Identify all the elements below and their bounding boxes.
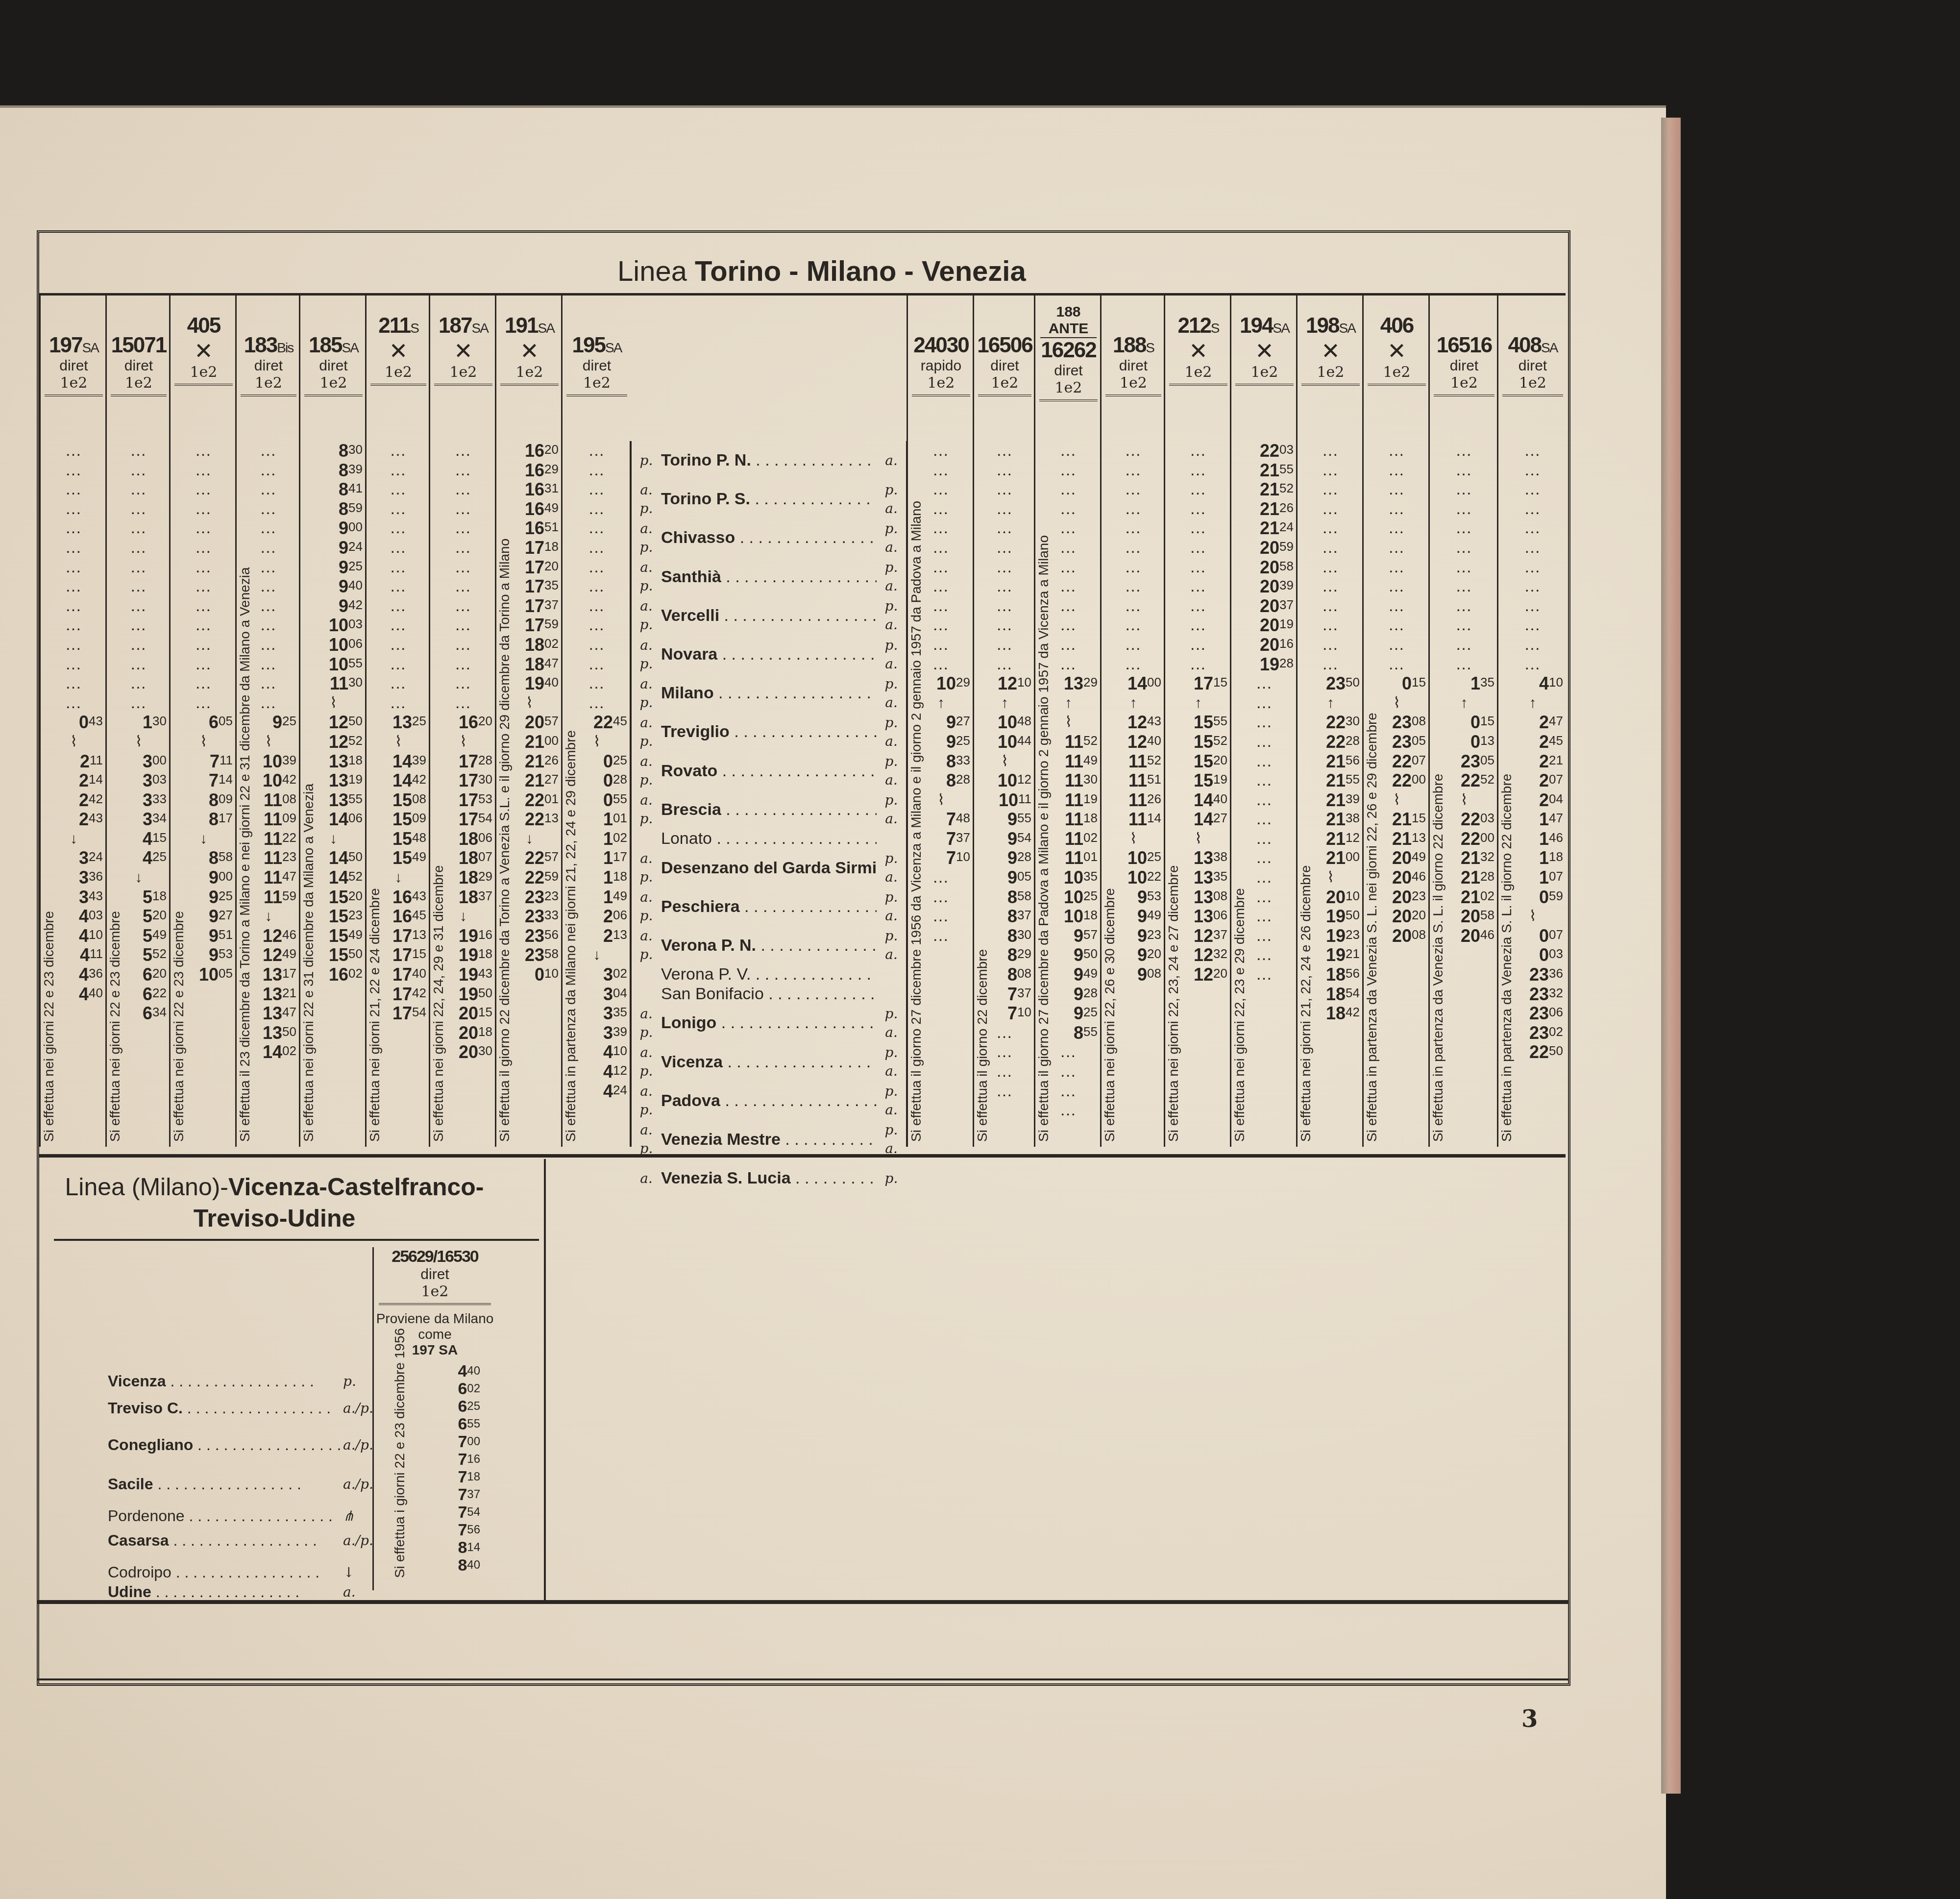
time-cell: … — [1430, 461, 1498, 480]
time-cell: 1806 — [430, 829, 496, 849]
time-cell: 2139 — [1298, 790, 1364, 810]
time-cell: ⌇ — [107, 732, 171, 752]
time-cell: … — [367, 655, 430, 674]
time-cell: … — [430, 577, 496, 596]
time-cell: ↓ — [107, 868, 171, 888]
time-cell: … — [908, 441, 974, 461]
train-class: 1e2 — [974, 374, 1035, 392]
page-stack-edge — [1661, 118, 1681, 1794]
train-class: 1e2 — [1165, 364, 1231, 381]
page-number: 3 — [1521, 1705, 1538, 1733]
time-cell: … — [563, 518, 631, 538]
time-cell: … — [1035, 441, 1102, 461]
station-row: Verona P. V. — [632, 965, 906, 985]
time-cell: 214 — [41, 771, 107, 790]
time-cell: 130 — [107, 713, 171, 732]
time-cell: 1006 — [300, 635, 367, 655]
train-header: 15071diret1e2 — [107, 294, 171, 426]
time-cell: … — [1298, 538, 1364, 558]
time-cell: ↑ — [1165, 693, 1231, 713]
time-cell: … — [1298, 461, 1364, 480]
time-cell: … — [1364, 635, 1430, 655]
header-double-rule — [174, 384, 233, 388]
sub-time-cell: 625 — [416, 1398, 480, 1415]
train-service-note: Si effettua in partenza da Venezia S. L.… — [1430, 774, 1446, 1142]
time-cell: 2124 — [1231, 518, 1298, 538]
time-cell: 2019 — [1231, 616, 1298, 635]
header-double-rule — [912, 395, 970, 398]
station-name: Padova — [661, 1091, 877, 1110]
station-row: a. p.Vercellip. a. — [632, 596, 906, 635]
time-cell: … — [1364, 499, 1430, 519]
sub-time-cell: 700 — [416, 1433, 480, 1451]
time-cell: 2203 — [1231, 441, 1298, 461]
title-prefix: Linea — [617, 255, 687, 287]
time-cell: … — [1430, 538, 1498, 558]
time-cell: … — [237, 499, 300, 519]
train-header: 211S✕1e2 — [367, 294, 430, 426]
train-type: diret — [237, 358, 300, 374]
time-cell: … — [974, 480, 1035, 499]
sub-station-name: Casarsa — [108, 1531, 343, 1550]
train-class: 1e2 — [1298, 364, 1364, 381]
header-double-rule — [1169, 384, 1227, 388]
time-cell: … — [41, 655, 107, 674]
time-cell: … — [430, 655, 496, 674]
time-cell: 1427 — [1165, 810, 1231, 829]
time-cell: 135 — [1430, 674, 1498, 693]
time-cell: … — [107, 693, 171, 713]
time-cell: 1152 — [1102, 752, 1165, 771]
time-cell: 1055 — [300, 655, 367, 674]
station-name: Venezia S. Lucia — [661, 1169, 877, 1188]
time-cell: … — [563, 480, 631, 499]
train-header: 16506diret1e2 — [974, 294, 1035, 426]
time-cell: … — [1035, 499, 1102, 519]
train-class: 1e2 — [1364, 364, 1430, 381]
station-name: Chivasso — [661, 528, 877, 547]
time-cell: … — [563, 596, 631, 616]
arrival-departure-right: p. a. — [877, 927, 906, 964]
time-cell: … — [563, 693, 631, 713]
time-cell: 839 — [300, 461, 367, 480]
time-cell: 1548 — [367, 829, 430, 849]
train-service-note: Si effettua il giorno 22 dicembre da Tor… — [497, 539, 513, 1142]
station-name: Verona P. N. — [661, 936, 877, 955]
time-cell: ↑ — [974, 693, 1035, 713]
time-cell: … — [1498, 616, 1567, 635]
time-cell: … — [1165, 518, 1231, 538]
train-class: 1e2 — [367, 364, 430, 381]
time-cell: … — [367, 461, 430, 480]
train-number: 191SA — [496, 314, 563, 338]
arrival-departure-left: a. p. — [632, 675, 661, 712]
arrival-departure-left: a. p. — [632, 1005, 661, 1042]
time-cell: … — [1231, 810, 1298, 829]
sleeper-car-icon: ✕ — [1231, 338, 1298, 364]
station-name: Venezia Mestre — [661, 1130, 877, 1149]
arrival-departure-right: p. a. — [877, 1005, 906, 1042]
time-cell: … — [171, 577, 237, 596]
sub-arrival-departure: ↓ — [343, 1564, 363, 1580]
arrival-departure-right: p. a. — [877, 1043, 906, 1081]
time-cell: 410 — [1498, 674, 1567, 693]
train-class: 1e2 — [1430, 374, 1498, 392]
time-cell: … — [1298, 655, 1364, 674]
time-cell: 905 — [974, 868, 1035, 888]
sub-station-name: Sacile — [108, 1475, 343, 1493]
sub-origin-train: 197 SA — [412, 1342, 458, 1357]
time-cell: 900 — [300, 518, 367, 538]
header-double-rule — [1434, 395, 1494, 398]
train-header: 405✕1e2 — [171, 294, 237, 426]
time-cell: … — [1102, 441, 1165, 461]
train-number: 408SA — [1498, 333, 1567, 358]
time-cell: … — [171, 674, 237, 693]
time-cell: 837 — [974, 907, 1035, 926]
time-cell: 245 — [1498, 732, 1567, 752]
time-cell: … — [1035, 461, 1102, 480]
time-cell: ↓ — [41, 829, 107, 849]
time-cell: … — [107, 538, 171, 558]
sub-train-number: 25629/16530 — [375, 1247, 495, 1266]
time-cell: … — [1364, 616, 1430, 635]
time-cell: … — [1298, 499, 1364, 519]
time-cell: … — [41, 635, 107, 655]
train-type: diret — [974, 358, 1035, 374]
train-header: 16516diret1e2 — [1430, 294, 1498, 426]
time-cell: 2059 — [1231, 538, 1298, 558]
sub-station-row: Pordenone⋔ — [108, 1507, 363, 1525]
sub-station-row: Codroipo↓ — [108, 1563, 363, 1581]
time-cell: … — [563, 441, 631, 461]
time-cell: 858 — [974, 888, 1035, 907]
time-cell: 1325 — [367, 713, 430, 732]
time-cell: 1130 — [300, 674, 367, 693]
time-cell: 1509 — [367, 810, 430, 829]
time-cell: ⌇ — [430, 732, 496, 752]
time-cell: ⌇ — [1102, 829, 1165, 849]
time-cell: 1044 — [974, 732, 1035, 752]
time-cell: … — [1102, 596, 1165, 616]
time-cell: … — [107, 674, 171, 693]
train-service-note: Si effettua nei giorni 21, 22, 24 e 26 d… — [1298, 865, 1314, 1142]
station-row: a. p.Novarap. a. — [632, 635, 906, 674]
time-cell: 1442 — [367, 771, 430, 790]
train-header: 187SA✕1e2 — [430, 294, 496, 426]
time-cell: 841 — [300, 480, 367, 499]
time-cell: 211 — [41, 752, 107, 771]
header-double-rule — [978, 395, 1031, 398]
time-cell: … — [430, 596, 496, 616]
arrival-departure-left: a. p. — [632, 597, 661, 634]
time-cell: … — [41, 461, 107, 480]
time-cell: … — [41, 480, 107, 499]
train-header: 191SA✕1e2 — [496, 294, 563, 426]
time-cell: … — [41, 577, 107, 596]
header-double-rule — [304, 395, 363, 398]
time-cell: 1210 — [974, 674, 1035, 693]
time-cell: 711 — [171, 752, 237, 771]
time-cell: 518 — [107, 888, 171, 907]
time-cell: 2228 — [1298, 732, 1364, 752]
train-class: 1e2 — [563, 374, 631, 392]
bottom-rule — [37, 1600, 1568, 1604]
time-cell: … — [41, 538, 107, 558]
time-cell: … — [1430, 499, 1498, 519]
time-cell: … — [430, 693, 496, 713]
time-cell: ↑ — [1430, 693, 1498, 713]
sub-title-route: Vicenza-Castelfranco-Treviso-Udine — [194, 1173, 484, 1232]
time-cell: … — [563, 558, 631, 577]
time-cell: … — [1102, 461, 1165, 480]
station-name: Verona P. V. — [661, 965, 877, 984]
time-cell: ⌇ — [41, 732, 107, 752]
arrival-departure-left: a. p. — [632, 714, 661, 751]
time-cell: 324 — [41, 848, 107, 868]
sub-time-cell: 840 — [416, 1556, 480, 1574]
header-double-rule — [1502, 395, 1563, 398]
time-cell: 1651 — [496, 518, 563, 538]
train-type: diret — [1102, 358, 1165, 374]
train-number: 194SA — [1231, 314, 1298, 338]
time-cell: 955 — [974, 810, 1035, 829]
station-row: a. p.Torino P. S.p. a. — [632, 480, 906, 518]
time-cell: … — [41, 518, 107, 538]
time-cell: 015 — [1430, 713, 1498, 732]
time-cell: … — [974, 461, 1035, 480]
train-service-note: Si effettua il giorno 22 dicembre — [975, 949, 990, 1142]
time-cell: … — [1430, 616, 1498, 635]
time-cell: … — [367, 518, 430, 538]
station-name: Milano — [661, 684, 877, 703]
arrival-departure-right: p. a. — [877, 791, 906, 828]
arrival-departure-left: a. p. — [632, 558, 661, 595]
time-cell: … — [41, 616, 107, 635]
station-row: a. p.Santhiàp. a. — [632, 558, 906, 596]
sub-arrival-departure: a./p. — [343, 1476, 363, 1492]
time-cell: ⌇ — [974, 752, 1035, 771]
train-number: 188S — [1102, 333, 1165, 358]
time-cell: … — [1102, 499, 1165, 519]
time-cell: … — [1102, 538, 1165, 558]
header-double-rule — [500, 384, 559, 388]
time-cell: … — [563, 674, 631, 693]
time-cell: 242 — [41, 790, 107, 810]
arrival-departure-left: a. p. — [632, 849, 661, 887]
train-class: 1e2 — [1102, 374, 1165, 392]
time-cell: … — [1298, 577, 1364, 596]
sub-title-prefix: Linea (Milano)- — [65, 1173, 228, 1201]
train-number: 16262 — [1035, 338, 1102, 363]
time-cell: … — [1165, 480, 1231, 499]
train-number: 24030 — [908, 333, 974, 358]
station-row: p.Torino P. N.a. — [632, 441, 906, 480]
time-cell: … — [1430, 558, 1498, 577]
time-cell: … — [1298, 596, 1364, 616]
time-cell: … — [974, 596, 1035, 616]
time-cell: 940 — [300, 577, 367, 596]
train-service-note: Si effettua nei giorni 22, 24, 29 e 31 d… — [431, 865, 446, 1142]
time-cell: 425 — [107, 848, 171, 868]
time-cell: … — [237, 480, 300, 499]
sub-time-cell: 737 — [416, 1486, 480, 1504]
time-cell: 334 — [107, 810, 171, 829]
time-cell: … — [367, 577, 430, 596]
time-cell: … — [1498, 461, 1567, 480]
sub-station-name: Conegliano — [108, 1436, 343, 1454]
time-cell: … — [1298, 480, 1364, 499]
time-cell: 2155 — [1298, 771, 1364, 790]
arrival-departure-right: a. — [877, 451, 906, 470]
time-cell: 1011 — [974, 790, 1035, 810]
time-cell: 1250 — [300, 713, 367, 732]
time-cell: … — [1231, 713, 1298, 732]
time-cell: 2350 — [1298, 674, 1364, 693]
time-cell: 1126 — [1102, 790, 1165, 810]
sleeper-car-icon: ✕ — [1364, 338, 1430, 364]
time-cell: 1728 — [430, 752, 496, 771]
time-cell: 1519 — [1165, 771, 1231, 790]
sub-station-row: Casarsaa./p. — [108, 1531, 363, 1550]
time-cell: 1730 — [430, 771, 496, 790]
time-cell: … — [1102, 577, 1165, 596]
sub-time-cell: 602 — [416, 1380, 480, 1398]
station-name: Rovato — [661, 762, 877, 781]
station-row: a. p.Vicenzap. a. — [632, 1042, 906, 1081]
time-cell: … — [974, 577, 1035, 596]
time-cell: ↑ — [1498, 693, 1567, 713]
time-cell: 1318 — [300, 752, 367, 771]
time-cell: … — [107, 655, 171, 674]
sub-arrival-departure: a./p. — [343, 1437, 363, 1453]
station-row: a. p.Chivassop. a. — [632, 518, 906, 557]
train-header: 188Sdiret1e2 — [1102, 294, 1165, 426]
time-cell: 1649 — [496, 499, 563, 519]
time-cell: … — [563, 577, 631, 596]
time-cell: … — [430, 538, 496, 558]
train-type: diret — [41, 358, 107, 374]
sub-table-title: Linea (Milano)-Vicenza-Castelfranco-Trev… — [54, 1171, 495, 1234]
time-cell: … — [367, 558, 430, 577]
train-service-note: Si effettua nei giorni 21, 22 e 24 dicem… — [367, 888, 383, 1142]
train-class: 1e2 — [496, 364, 563, 381]
arrival-departure-right: p. a. — [877, 558, 906, 595]
time-cell: … — [908, 461, 974, 480]
time-cell: … — [1364, 441, 1430, 461]
time-cell: 2305 — [1430, 752, 1498, 771]
time-cell: … — [237, 538, 300, 558]
sub-train-class: 1e2 — [375, 1283, 495, 1300]
main-table-title: Linea Torino - Milano - Venezia — [617, 255, 1026, 288]
time-cell: 1240 — [1102, 732, 1165, 752]
time-cell: … — [1430, 635, 1498, 655]
sub-train-times: 440602625655700716718737754756814840 — [416, 1362, 480, 1574]
sub-time-cell: 716 — [416, 1451, 480, 1468]
time-cell: … — [107, 558, 171, 577]
station-name: Vercelli — [661, 606, 877, 625]
train-service-note: Si effettua il giorno 27 dicembre 1956 d… — [908, 501, 924, 1142]
time-cell: … — [1498, 577, 1567, 596]
time-cell: 2230 — [1298, 713, 1364, 732]
train-service-note: Si effettua nei giorni 22 e 23 dicembre — [171, 911, 187, 1142]
time-cell: 2112 — [1298, 829, 1364, 849]
time-cell: 043 — [41, 713, 107, 732]
arrival-departure-left: a. p. — [632, 519, 661, 557]
train-number: 212S — [1165, 314, 1231, 338]
sub-table-right-border — [544, 1159, 546, 1600]
arrival-departure-right: p. a. — [877, 888, 906, 925]
station-row: a. p.Bresciap. a. — [632, 790, 906, 829]
time-cell: … — [41, 693, 107, 713]
time-cell: … — [1364, 596, 1430, 616]
time-cell: 1114 — [1102, 810, 1165, 829]
arrival-departure-right: p. a. — [877, 675, 906, 712]
time-cell: … — [1498, 441, 1567, 461]
time-cell: … — [430, 480, 496, 499]
train-number: 198SA — [1298, 314, 1364, 338]
time-cell: … — [107, 518, 171, 538]
time-cell: … — [1298, 616, 1364, 635]
time-cell: … — [107, 461, 171, 480]
train-header: 197SAdiret1e2 — [41, 294, 107, 426]
frame-bottom-rule — [37, 1678, 1568, 1680]
time-cell: 2155 — [1231, 461, 1298, 480]
train-number: 195SA — [563, 333, 631, 358]
station-row: a. p.Desenzano del Garda Sirmionep. a. — [632, 848, 906, 887]
time-cell: 2156 — [1298, 752, 1364, 771]
time-cell: … — [367, 480, 430, 499]
sub-station-row: Sacilea./p. — [108, 1475, 363, 1493]
train-service-note: Si effettua nei giorni 22, 26 e 30 dicem… — [1102, 888, 1118, 1142]
time-cell: … — [974, 441, 1035, 461]
time-cell: … — [974, 616, 1035, 635]
train-service-note: Si effettua nei giorni 22, 23, 24 e 27 d… — [1166, 865, 1181, 1142]
time-cell: 1928 — [1231, 655, 1298, 674]
time-cell: ⌇ — [367, 732, 430, 752]
time-cell: 2152 — [1231, 480, 1298, 499]
time-cell: 859 — [300, 499, 367, 519]
time-cell: ↑ — [1298, 693, 1364, 713]
train-number: 16516 — [1430, 333, 1498, 358]
time-cell: … — [367, 538, 430, 558]
time-cell: 714 — [171, 771, 237, 790]
sub-time-cell: 440 — [416, 1362, 480, 1380]
station-row: a. p.Verona P. N.p. a. — [632, 926, 906, 965]
train-number: 187SA — [430, 314, 496, 338]
time-cell: … — [974, 538, 1035, 558]
time-cell: … — [107, 441, 171, 461]
train-number: 185SA — [300, 333, 367, 358]
sub-time-cell: 718 — [416, 1468, 480, 1486]
time-cell: … — [1165, 635, 1231, 655]
arrival-departure-left: a. p. — [632, 927, 661, 964]
time-cell: … — [1231, 752, 1298, 771]
time-cell: … — [367, 635, 430, 655]
time-cell: 1629 — [496, 461, 563, 480]
time-cell: 1508 — [367, 790, 430, 810]
time-cell: 415 — [107, 829, 171, 849]
time-cell: 1252 — [300, 732, 367, 752]
time-cell: … — [1231, 732, 1298, 752]
arrival-departure-right: p. a. — [877, 1121, 906, 1158]
station-row: a. p.Venezia Mestrep. a. — [632, 1120, 906, 1159]
train-class: 1e2 — [300, 374, 367, 392]
time-cell: … — [1364, 558, 1430, 577]
time-cell: … — [171, 461, 237, 480]
time-cell: 2138 — [1298, 810, 1364, 829]
time-cell: … — [430, 635, 496, 655]
